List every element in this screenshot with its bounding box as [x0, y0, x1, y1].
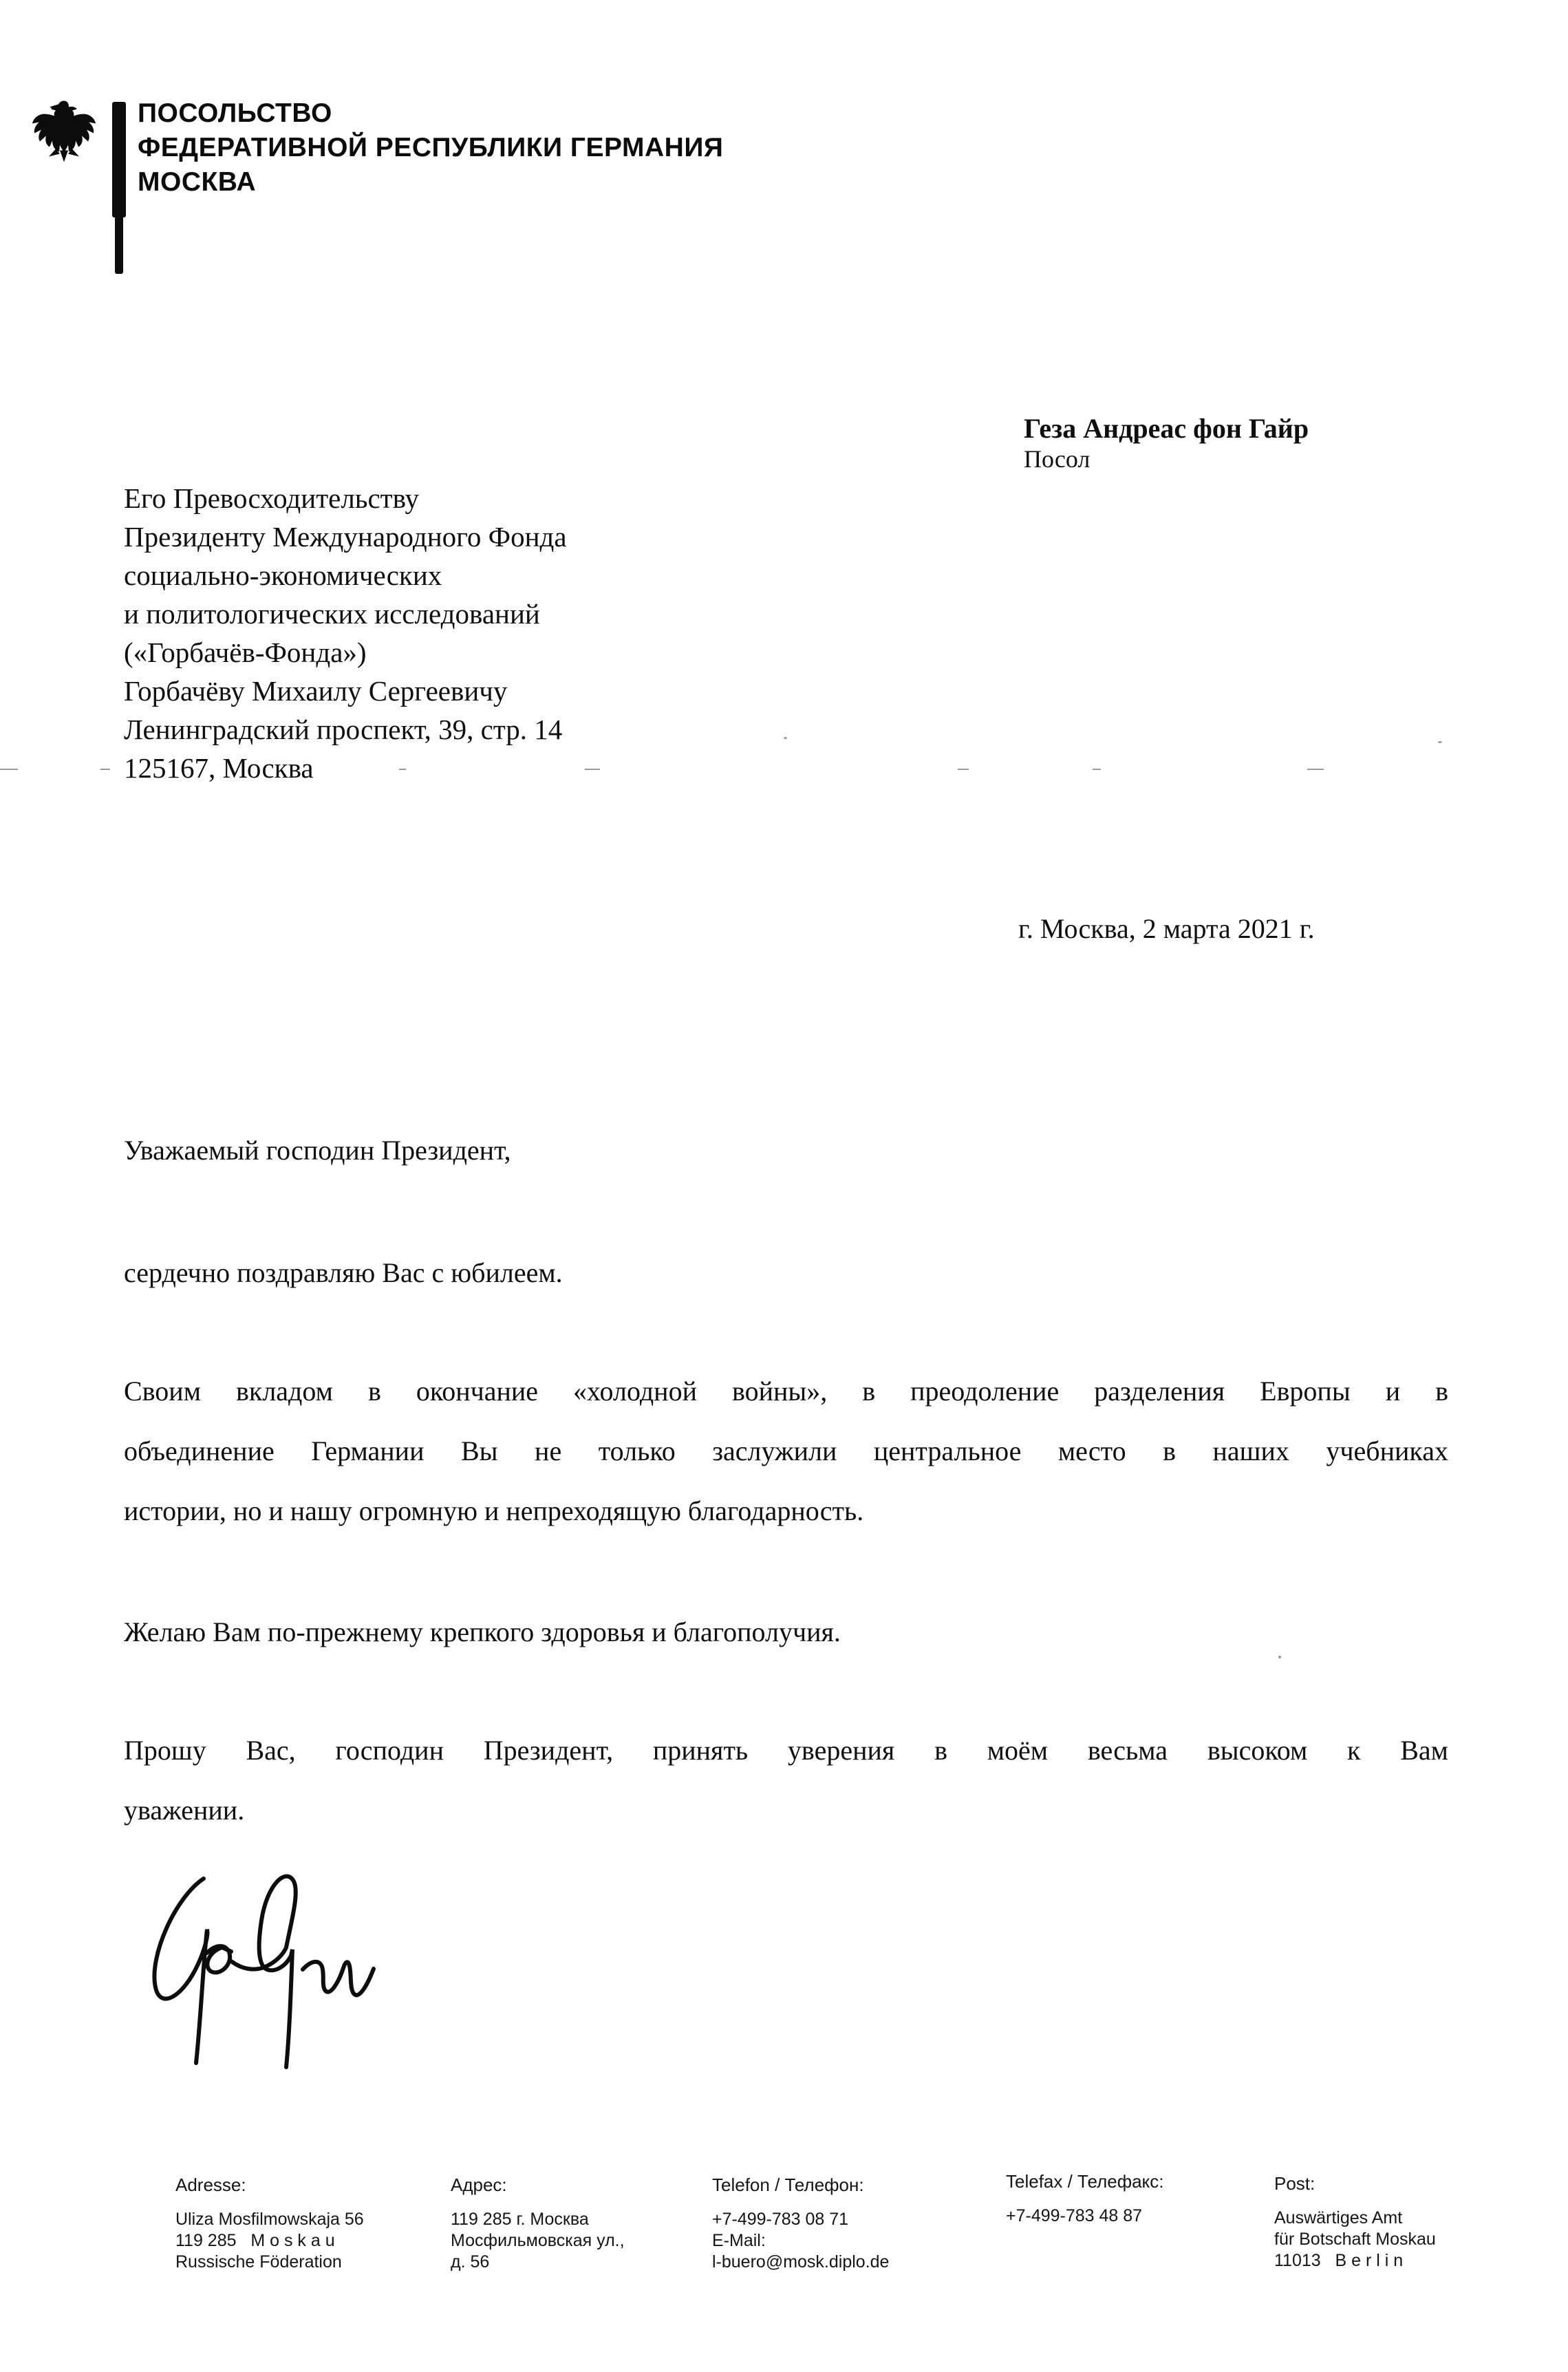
paragraph-closing: Прошу Вас, господин Президент, принять у…	[124, 1720, 1448, 1840]
recipient-line: («Горбачёв-Фонда»)	[124, 633, 567, 672]
recipient-line: Ленинградский проспект, 39, стр. 14	[124, 710, 567, 749]
recipient-address: Его Превосходительству Президенту Междун…	[124, 479, 567, 787]
recipient-line: Горбачёву Михаилу Сергеевичу	[124, 672, 567, 710]
footer-line: 119 285 M o s k a u	[175, 2230, 364, 2252]
footer-line: für Botschaft Moskau	[1274, 2229, 1436, 2250]
footer-line: Auswärtiges Amt	[1274, 2208, 1436, 2229]
footer-lines: Uliza Mosfilmowskaja 56119 285 M o s k a…	[175, 2209, 364, 2273]
salutation: Уважаемый господин Президент,	[124, 1120, 511, 1180]
paragraph-line: истории, но и нашу огромную и непреходящ…	[124, 1481, 1448, 1541]
paragraph-line: уважении.	[124, 1780, 1448, 1840]
footer-line: Uliza Mosfilmowskaja 56	[175, 2209, 364, 2230]
footer-line: д. 56	[451, 2252, 625, 2273]
recipient-line: Его Превосходительству	[124, 479, 567, 517]
footer-lines: 119 285 г. МоскваМосфильмовская ул.,д. 5…	[451, 2209, 625, 2273]
letterhead-text: ПОСОЛЬСТВО ФЕДЕРАТИВНОЙ РЕСПУБЛИКИ ГЕРМА…	[138, 96, 723, 200]
footer-col-adres-ru: Адрес: 119 285 г. МоскваМосфильмовская у…	[451, 2175, 625, 2273]
date-line: г. Москва, 2 марта 2021 г.	[1018, 910, 1315, 948]
letter-page: ПОСОЛЬСТВО ФЕДЕРАТИВНОЙ РЕСПУБЛИКИ ГЕРМА…	[0, 0, 1568, 2372]
recipient-line: и политологических исследований	[124, 595, 567, 633]
letterhead-divider-bar	[112, 102, 126, 217]
fold-line-artifact	[0, 768, 1568, 771]
footer-line: Мосфильмовская ул.,	[451, 2230, 625, 2252]
footer-line: l-buero@mosk.diplo.de	[712, 2252, 889, 2273]
recipient-line: социально-экономических	[124, 556, 567, 595]
footer-line: +7-499-783 08 71	[712, 2209, 889, 2230]
footer-line: 119 285 г. Москва	[451, 2209, 625, 2230]
letterhead-line-1: ПОСОЛЬСТВО	[138, 96, 723, 131]
footer-label: Адрес:	[451, 2175, 625, 2196]
footer-line: E-Mail:	[712, 2230, 889, 2252]
footer-label: Telefon / Телефон:	[712, 2175, 889, 2196]
letterhead-line-2: ФЕДЕРАТИВНОЙ РЕСПУБЛИКИ ГЕРМАНИЯ	[138, 131, 723, 165]
scan-speck	[1438, 741, 1442, 743]
paragraph-contribution: Своим вкладом в окончание «холодной войн…	[124, 1361, 1448, 1541]
footer-label: Telefax / Телефакс:	[1006, 2171, 1163, 2192]
paragraph-line: Прошу Вас, господин Президент, принять у…	[124, 1720, 1448, 1780]
footer-label: Adresse:	[175, 2175, 364, 2196]
footer-lines: +7-499-783 48 87	[1006, 2205, 1163, 2227]
footer-col-post: Post: Auswärtiges Amtfür Botschaft Moska…	[1274, 2173, 1436, 2272]
footer-label: Post:	[1274, 2173, 1436, 2194]
signature-image	[138, 1851, 399, 2078]
footer-line: 11013 B e r l i n	[1274, 2250, 1436, 2272]
footer-col-telefon: Telefon / Телефон: +7-499-783 08 71E-Mai…	[712, 2175, 889, 2273]
recipient-line: Президенту Международного Фонда	[124, 517, 567, 556]
footer-lines: Auswärtiges Amtfür Botschaft Moskau11013…	[1274, 2208, 1436, 2272]
german-federal-eagle-icon	[30, 98, 98, 164]
paragraph-line: Своим вкладом в окончание «холодной войн…	[124, 1361, 1448, 1421]
footer-col-telefax: Telefax / Телефакс: +7-499-783 48 87	[1006, 2171, 1163, 2227]
footer-lines: +7-499-783 08 71E-Mail:l-buero@mosk.dipl…	[712, 2209, 889, 2273]
scan-speck	[784, 737, 787, 739]
sender-name: Геза Андреас фон Гайр	[1024, 413, 1309, 445]
footer-line: Russische Föderation	[175, 2252, 364, 2273]
paragraph-wishes: Желаю Вам по-прежнему крепкого здоровья …	[124, 1602, 841, 1662]
footer-line: +7-499-783 48 87	[1006, 2205, 1163, 2227]
footer-col-adresse: Adresse: Uliza Mosfilmowskaja 56119 285 …	[175, 2175, 364, 2273]
sender-block: Геза Андреас фон Гайр Посол	[1024, 413, 1309, 473]
sender-title: Посол	[1024, 445, 1309, 473]
scan-speck	[1278, 1656, 1281, 1658]
letterhead-divider-bar-lower	[115, 216, 123, 274]
paragraph-line: объединение Германии Вы не только заслуж…	[124, 1421, 1448, 1481]
letterhead-line-3: МОСКВА	[138, 165, 723, 200]
paragraph-congrats: сердечно поздравляю Вас с юбилеем.	[124, 1243, 563, 1303]
